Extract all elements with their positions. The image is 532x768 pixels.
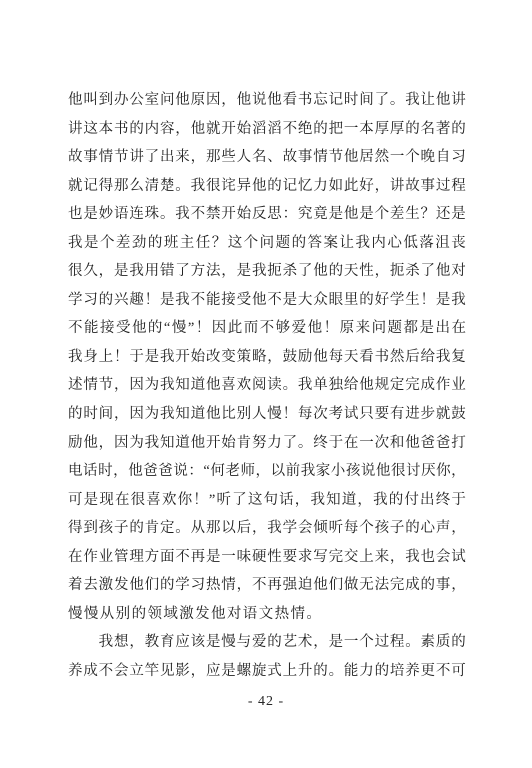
text-line: 在作业管理方面不再是一味硬性要求写完交上来，我也会试	[68, 543, 466, 572]
text-line: 我想，教育应该是慢与爱的艺术，是一个过程。素质的	[68, 628, 466, 657]
text-line: 我是个差劲的班主任？这个问题的答案让我内心低落沮丧	[68, 229, 466, 258]
text-line: 学习的兴趣！是我不能接受他不是大众眼里的好学生！是我	[68, 286, 466, 315]
text-line: 电话时，他爸爸说：“何老师，以前我家小孩说他很讨厌你，	[68, 457, 466, 486]
text-line: 讲这本书的内容，他就开始滔滔不绝的把一本厚厚的名著的	[68, 115, 466, 144]
text-line: 养成不会立竿见影，应是螺旋式上升的。能力的培养更不可	[68, 657, 466, 686]
text-line: 可是现在很喜欢你！”听了这句话，我知道，我的付出终于	[68, 486, 466, 515]
text-line: 他叫到办公室问他原因，他说他看书忘记时间了。我让他讲	[68, 86, 466, 115]
text-line: 的时间，因为我知道他比别人慢！每次考试只要有进步就鼓	[68, 400, 466, 429]
document-page: 他叫到办公室问他原因，他说他看书忘记时间了。我让他讲讲这本书的内容，他就开始滔滔…	[0, 0, 532, 768]
text-line: 着去激发他们的学习热情，不再强迫他们做无法完成的事，	[68, 571, 466, 600]
text-line: 慢慢从别的领域激发他对语文热情。	[68, 600, 466, 629]
text-line: 得到孩子的肯定。从那以后，我学会倾听每个孩子的心声，	[68, 514, 466, 543]
page-number: - 42 -	[0, 694, 532, 710]
text-line: 不能接受他的“慢”！因此而不够爱他！原来问题都是出在	[68, 314, 466, 343]
text-line: 也是妙语连珠。我不禁开始反思：究竟是他是个差生？还是	[68, 200, 466, 229]
text-line: 励他，因为我知道他开始肯努力了。终于在一次和他爸爸打	[68, 429, 466, 458]
text-line: 我身上！于是我开始改变策略，鼓励他每天看书然后给我复	[68, 343, 466, 372]
text-line: 述情节，因为我知道他喜欢阅读。我单独给他规定完成作业	[68, 371, 466, 400]
text-line: 很久，是我用错了方法，是我扼杀了他的天性，扼杀了他对	[68, 257, 466, 286]
text-line: 故事情节讲了出来，那些人名、故事情节他居然一个晚自习	[68, 143, 466, 172]
body-text: 他叫到办公室问他原因，他说他看书忘记时间了。我让他讲讲这本书的内容，他就开始滔滔…	[68, 86, 466, 685]
text-line: 就记得那么清楚。我很诧异他的记忆力如此好，讲故事过程	[68, 172, 466, 201]
